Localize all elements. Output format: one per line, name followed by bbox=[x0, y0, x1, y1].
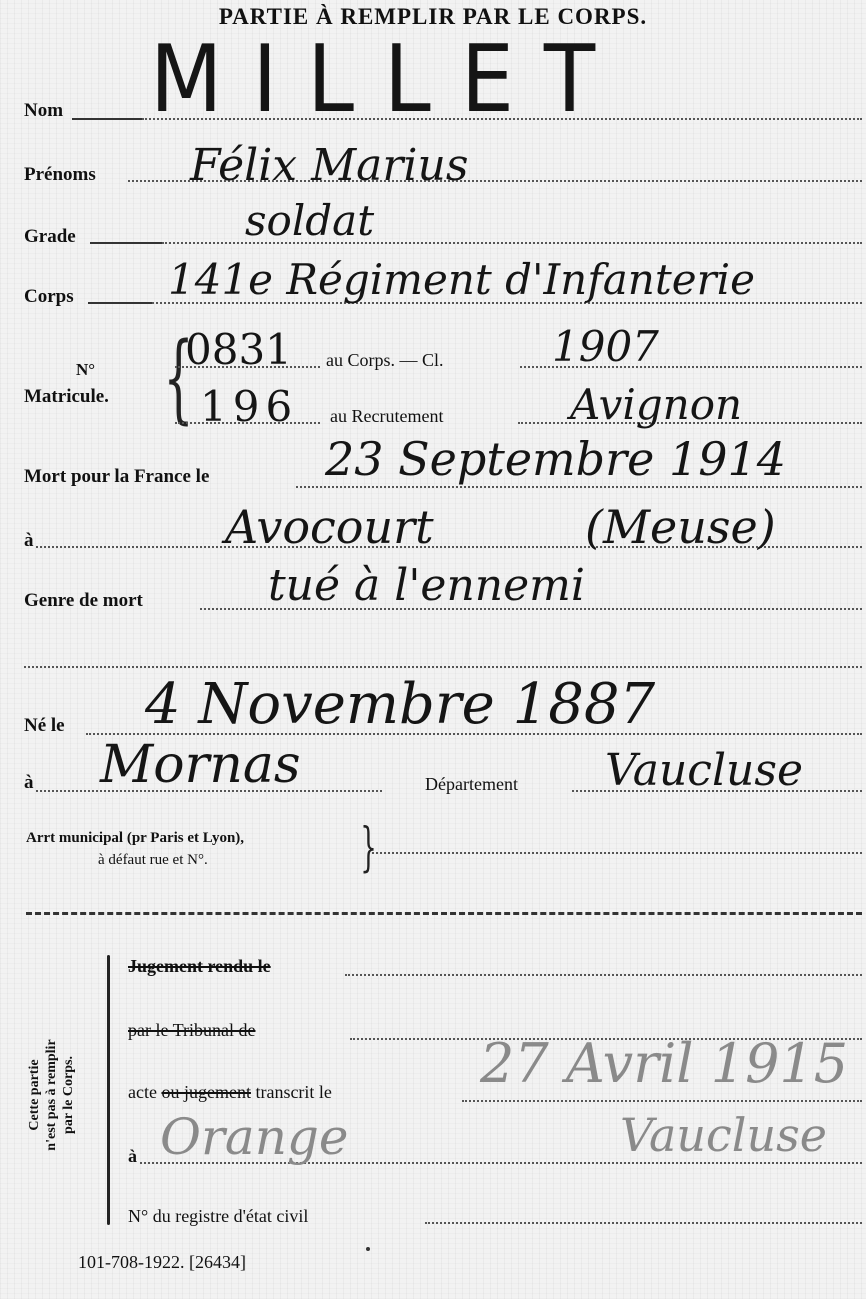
acte-label-prefix: acte bbox=[128, 1082, 157, 1102]
lieu-deces-label: à bbox=[24, 530, 34, 552]
arrondissement-line bbox=[372, 852, 862, 854]
jugement-line bbox=[345, 974, 862, 976]
jugement-label: Jugement rendu le bbox=[128, 956, 271, 977]
departement-label: Département bbox=[425, 774, 518, 795]
grade-value[interactable]: soldat bbox=[245, 196, 374, 245]
genre-mort-value[interactable]: tué à l'ennemi bbox=[268, 560, 585, 611]
mort-field-line bbox=[296, 486, 862, 488]
registre-label: N° du registre d'état civil bbox=[128, 1206, 308, 1227]
lieu-deces-value[interactable]: Avocourt bbox=[225, 500, 434, 554]
acte-label: acte ou jugement transcrit le bbox=[128, 1082, 332, 1103]
lieu-transcription-value[interactable]: Orange bbox=[160, 1108, 349, 1166]
ink-speck bbox=[366, 1247, 370, 1251]
mort-label: Mort pour la France le bbox=[24, 466, 209, 488]
lieu-transcription-dept[interactable]: Vaucluse bbox=[620, 1108, 827, 1162]
corps-value[interactable]: 141e Régiment d'Infanterie bbox=[168, 255, 755, 304]
side-note-line-2: n'est pas à remplir bbox=[43, 985, 60, 1205]
acte-value[interactable]: 27 Avril 1915 bbox=[480, 1032, 848, 1095]
section-separator bbox=[26, 912, 862, 915]
classe-value[interactable]: 1907 bbox=[552, 322, 659, 371]
prenoms-label: Prénoms bbox=[24, 164, 96, 186]
lieu-naissance-label: à bbox=[24, 772, 34, 794]
matricule-corps-label: au Corps. — Cl. bbox=[326, 350, 444, 371]
lieu-naissance-value[interactable]: Mornas bbox=[100, 735, 301, 795]
side-note-line-3: par le Corps. bbox=[60, 985, 77, 1205]
corps-underline bbox=[88, 302, 152, 304]
side-note: Cette partie n'est pas à remplir par le … bbox=[26, 985, 77, 1205]
ne-le-value[interactable]: 4 Novembre 1887 bbox=[145, 672, 655, 737]
departement-value[interactable]: Vaucluse bbox=[605, 745, 803, 796]
tribunal-label: par le Tribunal de bbox=[128, 1020, 256, 1041]
genre-mort-label: Genre de mort bbox=[24, 590, 143, 612]
nom-underline bbox=[72, 118, 142, 120]
acte-line bbox=[462, 1100, 862, 1102]
blank-line bbox=[24, 666, 862, 668]
nom-label: Nom bbox=[24, 100, 63, 122]
death-record-card: PARTIE À REMPLIR PAR LE CORPS. Nom MILLE… bbox=[0, 0, 866, 1299]
mort-value[interactable]: 23 Septembre 1914 bbox=[325, 432, 786, 486]
ne-le-label: Né le bbox=[24, 715, 65, 737]
recrutement-place-value[interactable]: Avignon bbox=[570, 380, 742, 429]
nom-value[interactable]: MILLET bbox=[150, 25, 625, 133]
corps-label: Corps bbox=[24, 286, 74, 308]
prenoms-value[interactable]: Félix Marius bbox=[190, 140, 468, 191]
lieu-deces-departement[interactable]: (Meuse) bbox=[585, 500, 776, 554]
arrondissement-label-1: Arrt municipal (pr Paris et Lyon), bbox=[26, 830, 244, 847]
grade-underline bbox=[90, 242, 162, 244]
grade-label: Grade bbox=[24, 226, 76, 248]
matricule-no-label: N° bbox=[76, 360, 95, 380]
arrondissement-label-2: à défaut rue et N°. bbox=[98, 852, 208, 869]
form-reference: 101-708-1922. [26434] bbox=[78, 1252, 246, 1273]
registre-line bbox=[425, 1222, 862, 1224]
matricule-label: Matricule. bbox=[24, 386, 109, 408]
recrutement-label: au Recrutement bbox=[330, 406, 443, 427]
lieu-transcription-label: à bbox=[128, 1146, 137, 1167]
arrondissement-brace: } bbox=[360, 822, 377, 874]
lower-section-brace bbox=[107, 955, 110, 1225]
acte-label-suffix: transcrit le bbox=[255, 1082, 331, 1102]
matricule-corps-value[interactable]: 0831 bbox=[185, 325, 292, 374]
side-note-line-1: Cette partie bbox=[26, 985, 43, 1205]
matricule-recrutement-value[interactable]: 196 bbox=[200, 382, 298, 431]
acte-label-struck: ou jugement bbox=[161, 1082, 250, 1102]
